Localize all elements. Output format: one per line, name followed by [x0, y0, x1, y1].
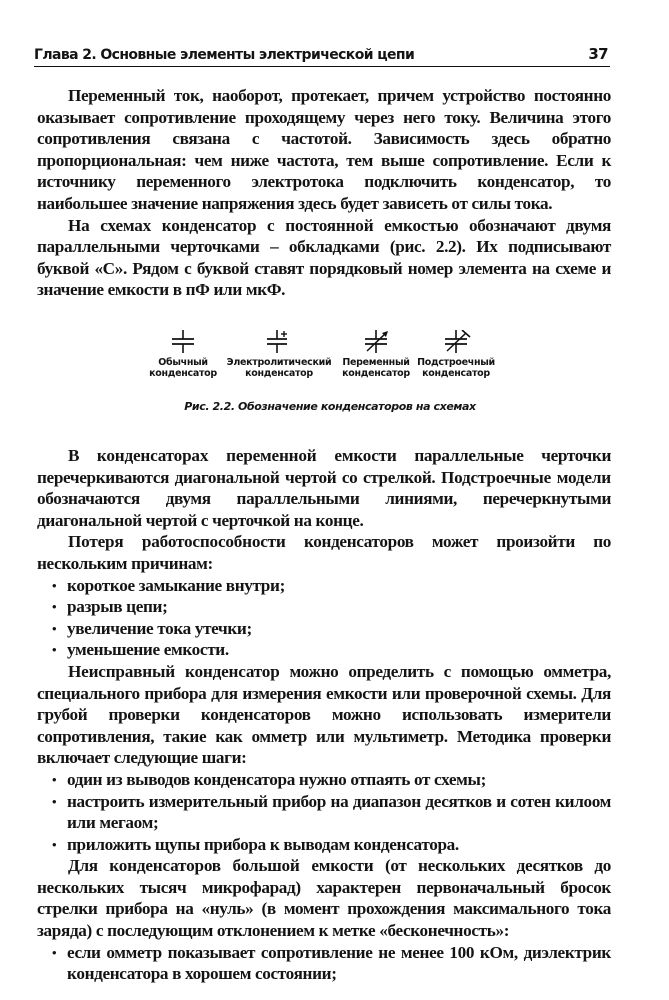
paragraph-faulty-capacitor: Неисправный конденсатор можно определить…	[37, 661, 611, 769]
list-item: •короткое замыкание внутри;	[67, 575, 611, 597]
list-item: •если омметр показывает сопротивление не…	[67, 942, 611, 985]
page-number: 37	[588, 44, 608, 64]
list-item: •настроить измерительный прибор на диапа…	[67, 791, 611, 834]
bullet-icon: •	[52, 618, 56, 640]
bullet-icon: •	[52, 791, 56, 813]
term-trimmer-models: Подстроечные модели	[441, 468, 611, 487]
figure-caption: Рис. 2.2. Обозначение конденсаторов на с…	[140, 400, 520, 413]
list-item: •разрыв цепи;	[67, 596, 611, 618]
text-block-bottom: В конденсаторах переменной емкости парал…	[37, 445, 611, 985]
bullet-icon: •	[52, 834, 56, 856]
list-item: •приложить щупы прибора к выводам конден…	[67, 834, 611, 856]
list-item: •уменьшение емкости.	[67, 639, 611, 661]
paragraph-ac-current: Переменный ток, наоборот, протекает, при…	[37, 85, 611, 215]
fixed-capacitor-icon	[170, 330, 196, 354]
bullet-icon: •	[52, 942, 56, 964]
figure-item-electrolytic: Электролитическийконденсатор	[222, 330, 336, 379]
figure-item-fixed: Обычныйконденсатор	[140, 330, 226, 379]
electrolytic-capacitor-icon	[266, 330, 292, 354]
list-failure-causes: •короткое замыкание внутри; •разрыв цепи…	[37, 575, 611, 661]
bullet-icon: •	[52, 639, 56, 661]
term-fixed-capacitor: На схемах конденсатор с постоянной емкос…	[68, 216, 458, 235]
text-block-top: Переменный ток, наоборот, протекает, при…	[37, 85, 611, 301]
bullet-icon: •	[52, 575, 56, 597]
paragraph-failure: Потеря работоспособности конденсаторов м…	[37, 531, 611, 574]
list-check-steps: •один из выводов конденсатора нужно отпа…	[37, 769, 611, 855]
list-ohmmeter-results: •если омметр показывает сопротивление не…	[37, 942, 611, 985]
variable-capacitor-icon	[361, 330, 391, 354]
figure-item-trimmer: Подстроечныйконденсатор	[414, 330, 498, 379]
list-item: •увеличение тока утечки;	[67, 618, 611, 640]
running-header: Глава 2. Основные элементы электрической…	[34, 44, 610, 67]
chapter-title: Глава 2. Основные элементы электрической…	[34, 45, 414, 65]
bullet-icon: •	[52, 596, 56, 618]
book-page: Глава 2. Основные элементы электрической…	[0, 0, 669, 1000]
term-variable-capacitors: конденсаторах переменной емкости	[97, 446, 397, 465]
term-large-capacitors: конденсаторов большой емкости	[109, 856, 373, 875]
trimmer-capacitor-icon	[441, 330, 471, 354]
bullet-icon: •	[52, 769, 56, 791]
term-faulty-capacitor: Неисправный конденсатор	[68, 662, 280, 681]
paragraph-fixed-capacitor: На схемах конденсатор с постоянной емкос…	[37, 215, 611, 301]
term-failure: Потеря работоспособности	[68, 532, 286, 551]
paragraph-large-capacitors: Для конденсаторов большой емкости (от не…	[37, 855, 611, 941]
figure-capacitor-symbols: Обычныйконденсатор Электролитическийконд…	[140, 330, 520, 420]
paragraph-variable-capacitors: В конденсаторах переменной емкости парал…	[37, 445, 611, 531]
figure-item-variable: Переменныйконденсатор	[336, 330, 416, 379]
list-item: •один из выводов конденсатора нужно отпа…	[67, 769, 611, 791]
